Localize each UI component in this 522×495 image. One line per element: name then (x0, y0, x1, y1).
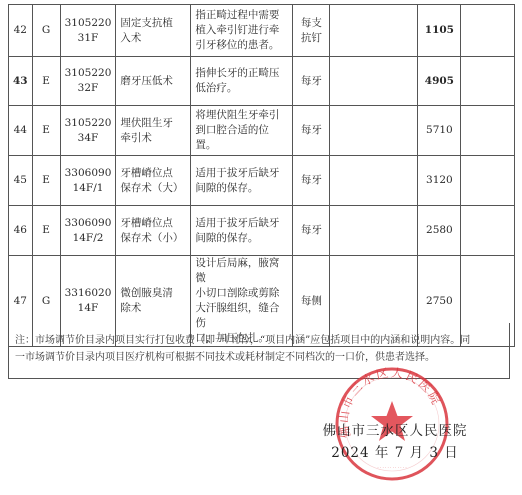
item-remark (461, 106, 515, 156)
item-code-line: 3306090 (65, 166, 112, 181)
item-name: 磨牙压低术 (116, 57, 191, 106)
item-class: E (32, 156, 60, 206)
item-number: 45 (9, 156, 33, 206)
item-description-line: 引牙移位的患者。 (195, 38, 288, 53)
item-code: 310522032F (60, 57, 116, 106)
item-description: 指伸长牙的正畸压低治疗。 (191, 57, 293, 106)
item-unit-line: 抗钉 (297, 31, 325, 46)
item-class: G (32, 5, 60, 57)
item-name-line: 埋伏阻生牙 (120, 116, 186, 131)
item-name: 牙槽嵴位点保存术（小） (116, 206, 191, 256)
item-extra (330, 156, 418, 206)
item-description-line: 间隙的保存。 (195, 181, 288, 196)
signature-block: 佛山市三水区人民医院 2024 年 7 月 3 日 (305, 420, 485, 464)
item-description-line: 低治疗。 (195, 81, 288, 96)
item-unit: 每牙 (293, 57, 330, 106)
item-description-line: 间隙的保存。 (195, 231, 288, 246)
item-description: 将埋伏阻生牙牵引到口腔合适的位置。 (191, 106, 293, 156)
item-description-line: 设计后局麻，腋窝微 (195, 256, 288, 286)
item-name-line: 牙槽嵴位点 (120, 216, 186, 231)
item-unit: 每牙 (293, 206, 330, 256)
fee-table: 42G310522031F固定支抗植入术指正畸过程中需要植入牵引钉进行牵引牙移位… (8, 4, 515, 347)
item-description-line: 适用于拔牙后缺牙 (195, 166, 288, 181)
item-code-line: 34F (65, 131, 112, 146)
item-code: 330609014F/2 (60, 206, 116, 256)
item-code-line: 3105220 (65, 16, 112, 31)
item-description-line: 指正畸过程中需要 (195, 8, 288, 23)
item-code-line: 3105220 (65, 116, 112, 131)
item-name-line: 牵引术 (120, 131, 186, 146)
item-code: 330609014F/1 (60, 156, 116, 206)
item-extra (330, 57, 418, 106)
svg-text:· · · · · · · · · · · ·: · · · · · · · · · · · · (377, 465, 406, 470)
item-name-line: 保存术（大） (120, 181, 186, 196)
item-code: 310522034F (60, 106, 116, 156)
item-code-line: 3105220 (65, 66, 112, 81)
item-code-line: 3316020 (65, 286, 112, 301)
item-class: E (32, 57, 60, 106)
item-description-line: 适用于拔牙后缺牙 (195, 216, 288, 231)
item-description-line: 指伸长牙的正畸压 (195, 66, 288, 81)
item-class: E (32, 106, 60, 156)
item-unit-line: 每支 (297, 16, 325, 31)
item-number: 44 (9, 106, 33, 156)
note-line-1: 注：市场调节价目录内项目实行打包收费（即一口价），“项目内涵”应包括项目中的内涵… (15, 332, 505, 349)
item-description-line: 到口腔合适的位置。 (195, 123, 288, 153)
table-row: 45E330609014F/1牙槽嵴位点保存术（大）适用于拔牙后缺牙间隙的保存。… (9, 156, 515, 206)
item-class: E (32, 206, 60, 256)
item-price: 3120 (418, 156, 461, 206)
item-name: 埋伏阻生牙牵引术 (116, 106, 191, 156)
item-name-line: 牙槽嵴位点 (120, 166, 186, 181)
item-unit: 每支抗钉 (293, 5, 330, 57)
item-price: 5710 (418, 106, 461, 156)
item-name-line: 保存术（小） (120, 231, 186, 246)
item-remark (461, 5, 515, 57)
item-description: 指正畸过程中需要植入牵引钉进行牵引牙移位的患者。 (191, 5, 293, 57)
item-code: 310522031F (60, 5, 116, 57)
item-code-line: 14F/2 (65, 231, 112, 246)
signature-date: 2024 年 7 月 3 日 (305, 442, 485, 464)
item-number: 46 (9, 206, 33, 256)
item-unit: 每牙 (293, 156, 330, 206)
item-code-line: 32F (65, 81, 112, 96)
item-description-line: 将埋伏阻生牙牵引 (195, 108, 288, 123)
item-extra (330, 206, 418, 256)
item-description: 适用于拔牙后缺牙间隙的保存。 (191, 206, 293, 256)
note-line-2: 一市场调节价目录内项目医疗机构可根据不同技术或耗材制定不同档次的一口价，供患者选… (15, 349, 505, 366)
item-remark (461, 156, 515, 206)
item-code-line: 14F/1 (65, 181, 112, 196)
item-name-line: 入术 (120, 31, 186, 46)
table-row: 46E330609014F/2牙槽嵴位点保存术（小）适用于拔牙后缺牙间隙的保存。… (9, 206, 515, 256)
item-description: 适用于拔牙后缺牙间隙的保存。 (191, 156, 293, 206)
item-code-line: 31F (65, 31, 112, 46)
item-name: 牙槽嵴位点保存术（大） (116, 156, 191, 206)
signature-organization: 佛山市三水区人民医院 (305, 420, 485, 442)
item-description-line: 小切口剖除或剪除 (195, 286, 288, 301)
item-description-line: 植入牵引钉进行牵 (195, 23, 288, 38)
item-remark (461, 206, 515, 256)
item-price: 4905 (418, 57, 461, 106)
item-price: 1105 (418, 5, 461, 57)
item-unit: 每牙 (293, 106, 330, 156)
item-unit-line: 每牙 (297, 74, 325, 89)
item-remark (461, 57, 515, 106)
item-unit-line: 每侧 (297, 294, 325, 309)
item-extra (330, 106, 418, 156)
item-name-line: 微创腋臭清 (120, 286, 186, 301)
item-number: 42 (9, 5, 33, 57)
table-row: 43E310522032F磨牙压低术指伸长牙的正畸压低治疗。每牙4905 (9, 57, 515, 106)
item-name-line: 除术 (120, 301, 186, 316)
item-number: 43 (9, 57, 33, 106)
item-name: 固定支抗植入术 (116, 5, 191, 57)
table-row: 42G310522031F固定支抗植入术指正畸过程中需要植入牵引钉进行牵引牙移位… (9, 5, 515, 57)
table-row: 44E310522034F埋伏阻生牙牵引术将埋伏阻生牙牵引到口腔合适的位置。每牙… (9, 106, 515, 156)
item-price: 2580 (418, 206, 461, 256)
item-name-line: 固定支抗植 (120, 16, 186, 31)
item-extra (330, 5, 418, 57)
item-name-line: 磨牙压低术 (120, 74, 186, 89)
item-unit-line: 每牙 (297, 223, 325, 238)
item-unit-line: 每牙 (297, 173, 325, 188)
item-code-line: 14F (65, 301, 112, 316)
item-code-line: 3306090 (65, 216, 112, 231)
item-unit-line: 每牙 (297, 123, 325, 138)
